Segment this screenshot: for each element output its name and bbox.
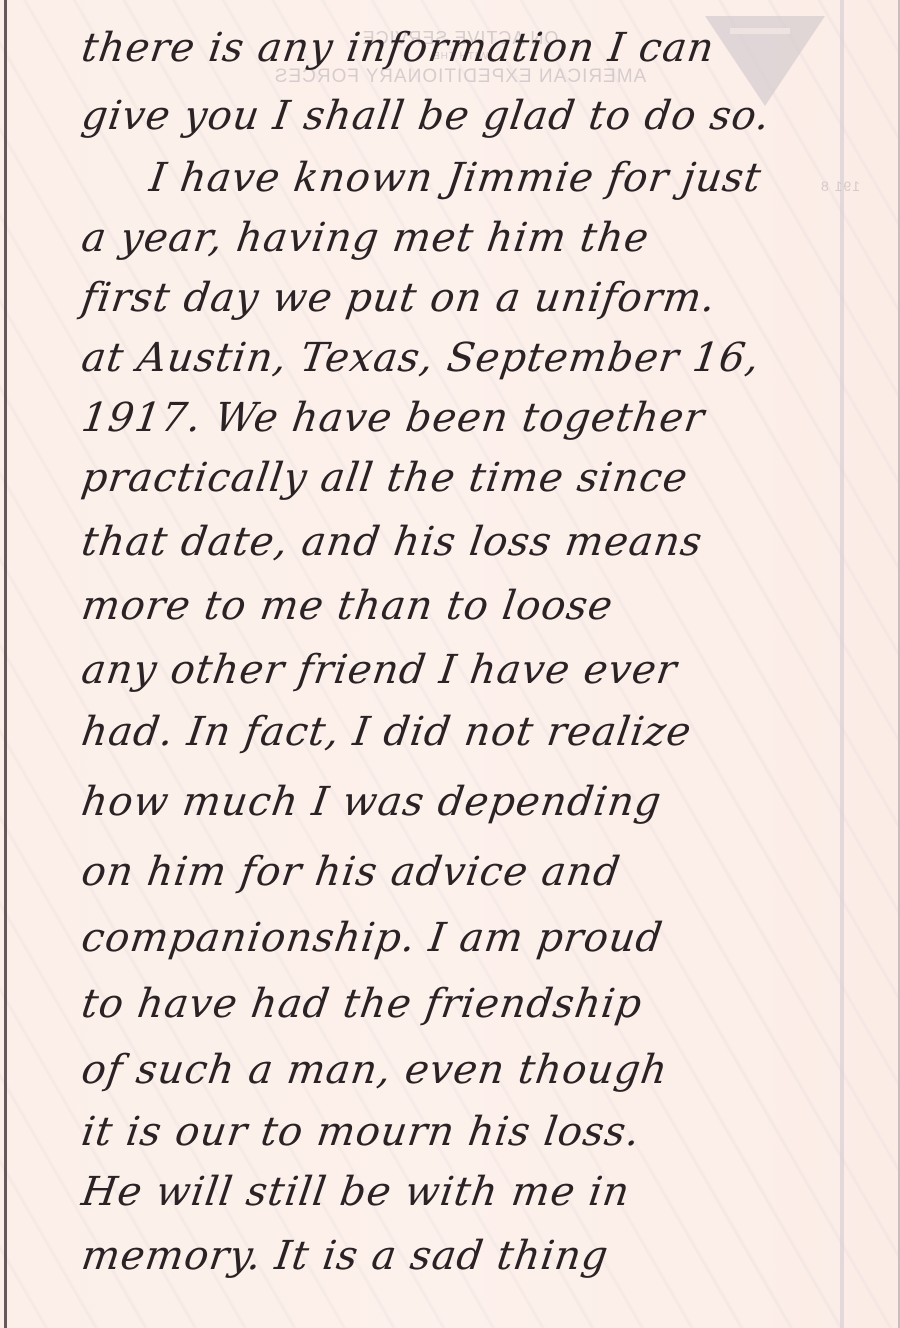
text-line: companionship. I am proud [79,918,845,958]
text-line: give you I shall be glad to do so. [79,96,845,136]
text-line: it is our to mourn his loss. [79,1112,845,1152]
text-line: to have had the friendship [79,984,845,1024]
text-line: on him for his advice and [79,852,845,892]
text-line: that date, and his loss means [79,522,845,562]
text-line: I have known Jimmie for just [147,158,900,198]
text-line: 1917. We have been together [79,398,845,438]
text-line-with-strikethrough: more to me than to loose [79,586,845,626]
text-line: a year, having met him the [79,218,845,258]
text-line: He will still be with me in [79,1172,845,1212]
text-line: memory. It is a sad thing [79,1236,845,1276]
text-line: how much I was depending [79,782,845,822]
text-line: any other friend I have ever [79,650,845,690]
left-border-line [4,0,7,1328]
text-line: practically all the time since [79,458,845,498]
letter-page: ON ACTIVE SERVICE WITH THE AMERICAN EXPE… [0,0,900,1328]
text-line: had. In fact, I did not realize [79,712,845,752]
text-line: first day we put on a uniform. [79,278,845,318]
text-line: there is any information I can [79,28,845,68]
text-line: at Austin, Texas, September 16, [79,338,845,378]
text-line: of such a man, even though [79,1050,845,1090]
